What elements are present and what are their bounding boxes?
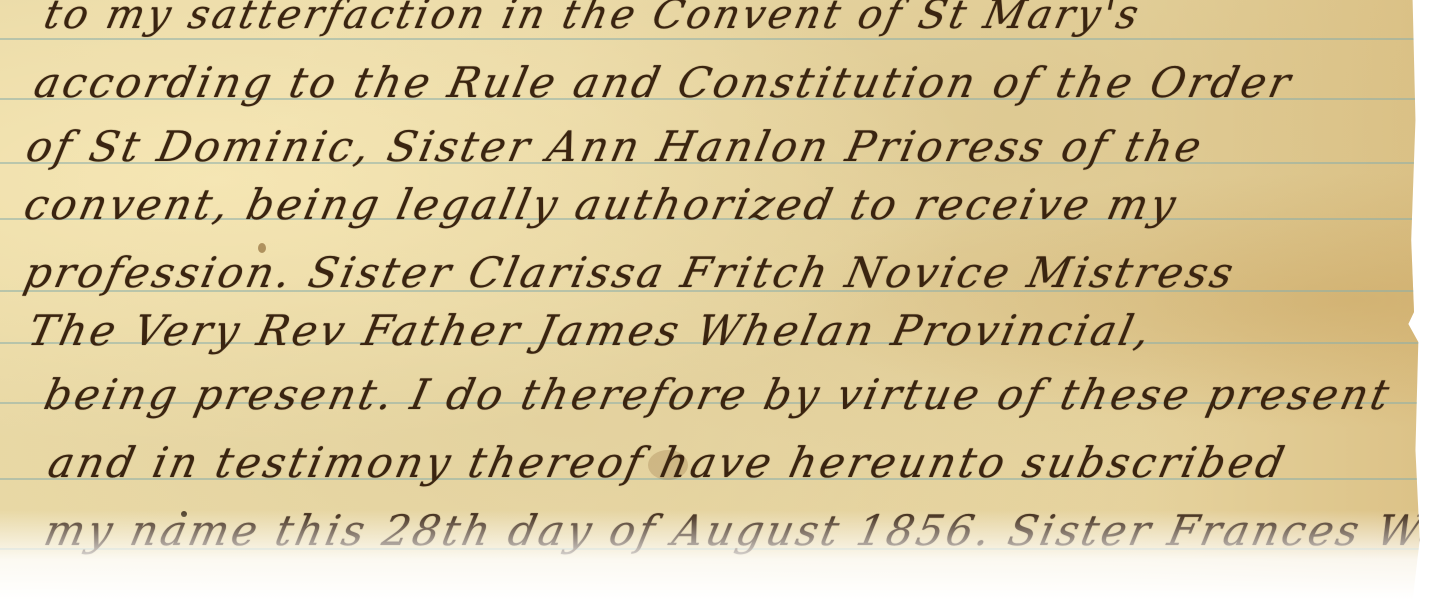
ruled-line [0,38,1424,40]
manuscript-line-5: profession. Sister Clarissa Fritch Novic… [20,248,1240,297]
manuscript-line-7: being present. I do therefore by virtue … [40,370,1396,419]
manuscript-line-9: my name this 28th day of August 1856. Si… [40,506,1440,555]
manuscript-line-8: and in testimony thereof have hereunto s… [44,438,1291,487]
manuscript-line-1: to my satterfaction in the Convent of St… [40,0,1145,38]
manuscript-line-3: of St Dominic, Sister Ann Hanlon Priores… [22,122,1208,171]
manuscript-line-6: The Very Rev Father James Whelan Provinc… [24,306,1157,355]
manuscript-line-4: convent, being legally authorized to rec… [20,180,1183,229]
manuscript-page: to my satterfaction in the Convent of St… [0,0,1424,600]
manuscript-line-2: according to the Rule and Constitution o… [30,58,1298,107]
